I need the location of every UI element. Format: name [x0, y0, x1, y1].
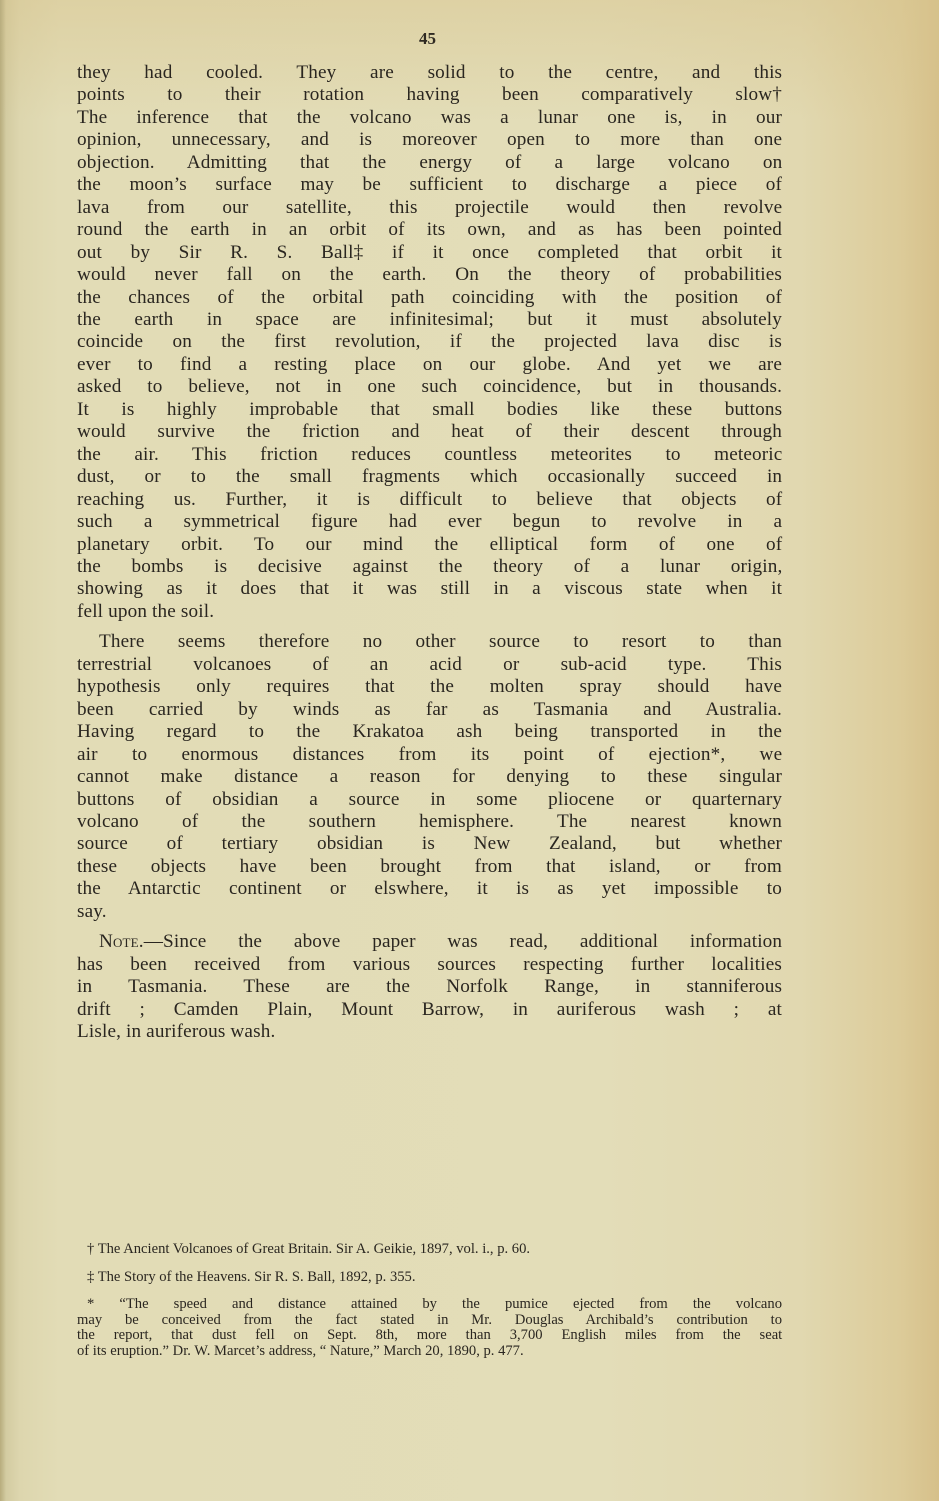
text-line: would survive the friction and heat of t… [77, 421, 782, 443]
text-line: such a symmetrical figure had ever begun… [77, 511, 782, 533]
body-text: they had cooled. They are solid to the c… [77, 62, 782, 1043]
text-line: lava from our satellite, this projectile… [77, 197, 782, 219]
text-line: round the earth in an orbit of its own, … [77, 219, 782, 241]
text-line: source of tertiary obsidian is New Zeala… [77, 833, 782, 855]
text-line: been carried by winds as far as Tasmania… [77, 699, 782, 721]
text-line: coincide on the first revolution, if the… [77, 331, 782, 353]
text-line: fell upon the soil. [77, 601, 782, 623]
text-line: asked to believe, not in one such coinci… [77, 376, 782, 398]
text-line: in Tasmania. These are the Norfolk Range… [77, 976, 782, 998]
note-paragraph: Note.—Since the above paper was read, ad… [77, 931, 782, 1043]
footnote-double-dagger: ‡ The Story of the Heavens. Sir R. S. Ba… [77, 1270, 782, 1286]
note-first-line-text: —Since the above paper was read, additio… [144, 931, 782, 952]
text-line: volcano of the southern hemisphere. The … [77, 811, 782, 833]
footnotes: † The Ancient Volcanoes of Great Britain… [77, 1242, 782, 1359]
paragraph-1: they had cooled. They are solid to the c… [77, 62, 782, 623]
text-line: showing as it does that it was still in … [77, 578, 782, 600]
text-line: reaching us. Further, it is difficult to… [77, 489, 782, 511]
footnote-mark: ‡ [87, 1269, 94, 1285]
text-line: cannot make distance a reason for denyin… [77, 766, 782, 788]
page-binding-edge [0, 0, 6, 1501]
text-line: buttons of obsidian a source in some pli… [77, 789, 782, 811]
text-line: these objects have been brought from tha… [77, 856, 782, 878]
text-line: The inference that the volcano was a lun… [77, 107, 782, 129]
text-line: There seems therefore no other source to… [77, 631, 782, 653]
text-line: opinion, unnecessary, and is moreover op… [77, 129, 782, 151]
text-line: the moon’s surface may be sufficient to … [77, 174, 782, 196]
text-line: air to enormous distances from its point… [77, 744, 782, 766]
footnote-mark: † [87, 1241, 94, 1257]
footnote-line: of its eruption.” Dr. W. Marcet’s addres… [77, 1344, 782, 1360]
text-line: would never fall on the earth. On the th… [77, 264, 782, 286]
text-line: the earth in space are infinitesimal; bu… [77, 309, 782, 331]
paragraph-2: There seems therefore no other source to… [77, 631, 782, 923]
footnote-asterisk: * “The speed and distance attained by th… [77, 1297, 782, 1359]
footnote-text: The Ancient Volcanoes of Great Britain. … [98, 1241, 530, 1257]
text-line: It is highly improbable that small bodie… [77, 399, 782, 421]
text-line: points to their rotation having been com… [77, 84, 782, 106]
text-line: planetary orbit. To our mind the ellipti… [77, 534, 782, 556]
text-line: Having regard to the Krakatoa ash being … [77, 721, 782, 743]
text-line: they had cooled. They are solid to the c… [77, 62, 782, 84]
text-line: the chances of the orbital path coincidi… [77, 287, 782, 309]
text-line: has been received from various sources r… [77, 954, 782, 976]
text-line: out by Sir R. S. Ball‡ if it once comple… [77, 242, 782, 264]
text-line: the Antarctic continent or elswhere, it … [77, 878, 782, 900]
note-first-line: Note.—Since the above paper was read, ad… [77, 931, 782, 953]
text-line: drift ; Camden Plain, Mount Barrow, in a… [77, 999, 782, 1021]
text-line: dust, or to the small fragments which oc… [77, 466, 782, 488]
text-line: the air. This friction reduces countless… [77, 444, 782, 466]
paragraph-gap [77, 923, 782, 931]
footnote-dagger: † The Ancient Volcanoes of Great Britain… [77, 1242, 782, 1258]
text-line: Lisle, in auriferous wash. [77, 1021, 782, 1043]
text-line: the bombs is decisive against the theory… [77, 556, 782, 578]
note-label: Note. [99, 931, 144, 952]
text-line: hypothesis only requires that the molten… [77, 676, 782, 698]
text-line: say. [77, 901, 782, 923]
footnote-line: * “The speed and distance attained by th… [77, 1297, 782, 1313]
footnote-text: The Story of the Heavens. Sir R. S. Ball… [98, 1269, 416, 1285]
page-number: 45 [0, 29, 855, 49]
paragraph-gap [77, 623, 782, 631]
text-line: ever to find a resting place on our glob… [77, 354, 782, 376]
text-line: objection. Admitting that the energy of … [77, 152, 782, 174]
text-line: terrestrial volcanoes of an acid or sub-… [77, 654, 782, 676]
footnote-line: the report, that dust fell on Sept. 8th,… [77, 1328, 782, 1344]
footnote-line: may be conceived from the fact stated in… [77, 1313, 782, 1329]
